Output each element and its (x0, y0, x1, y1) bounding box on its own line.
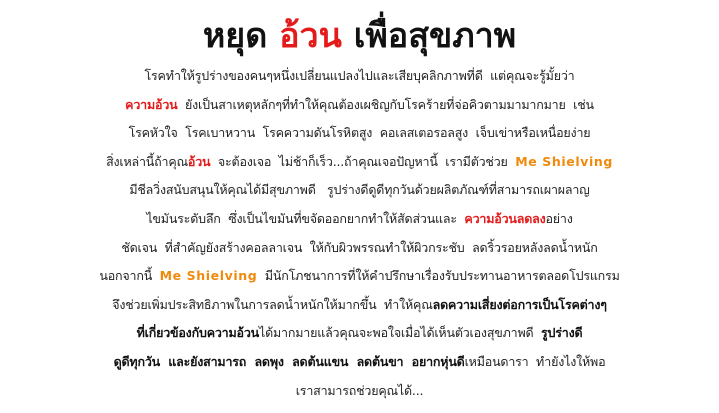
text-segment: มีนักโภชนาการที่ให้คำปรึกษาเรื่องรับประท… (257, 268, 619, 283)
text-line: ที่เกี่ยวข้องกับความอ้วนได้มากมายแล้วคุณ… (0, 319, 719, 348)
highlight-text: ดูดีทุกวัน และยังสามารถ ลดพุง ลดต้นแขน ล… (114, 354, 465, 369)
text-segment: มีชีลวิ่งสนับสนุนให้คุณได้มีสุขภาพดี รูป… (129, 182, 589, 197)
text-segment: เหมือนดารา ทำยังไงให้พอ (465, 354, 606, 369)
text-line: ไขมันระดับลึก ซึ่งเป็นไขมันที่ขจัดออกยาก… (0, 205, 719, 234)
highlight-text: ความอ้วนลดลง (464, 211, 545, 226)
text-segment: อย่าง (545, 211, 572, 226)
text-segment: เราสามารถช่วยคุณได้... (296, 383, 424, 398)
text-line: ชัดเจน ที่สำคัญยังสร้างคอลลาเจน ให้กับผิ… (0, 234, 719, 263)
highlight-text: อ้วน (188, 154, 210, 169)
body-text: โรคทำให้รูปร่างของคนๆหนึ่งเปลี่ยนแปลงไปแ… (0, 62, 719, 405)
article: หยุด อ้วน เพื่อสุขภาพ โรคทำให้รูปร่างของ… (0, 0, 719, 413)
title-part-health: เพื่อสุขภาพ (354, 16, 516, 56)
text-line: เราสามารถช่วยคุณได้... (0, 377, 719, 406)
text-line: สิ่งเหล่านี้ถ้าคุณอ้วน จะต้องเจอ ไม่ช้าก… (0, 148, 719, 177)
page-title: หยุด อ้วน เพื่อสุขภาพ (0, 14, 719, 58)
text-line: ดูดีทุกวัน และยังสามารถ ลดพุง ลดต้นแขน ล… (0, 348, 719, 377)
highlight-text: ที่เกี่ยวข้องกับความอ้วน (137, 325, 259, 340)
title-part-fat: อ้วน (279, 16, 342, 56)
brand-name: Me Shielving (160, 268, 258, 283)
title-part-stop: หยุด (203, 16, 267, 56)
text-line: ความอ้วน ยังเป็นสาเหตุหลักๆที่ทำให้คุณต้… (0, 91, 719, 120)
text-segment: โรคหัวใจ โรคเบาหวาน โรคความดันโรหิตสูง ค… (129, 125, 591, 140)
text-segment: ชัดเจน ที่สำคัญยังสร้างคอลลาเจน ให้กับผิ… (121, 240, 597, 255)
text-segment: จะต้องเจอ ไม่ช้าก็เร็ว...ถ้าคุณเจอปัญหาน… (210, 154, 515, 169)
text-segment: นอกจากนี้ (99, 268, 159, 283)
text-line: โรคหัวใจ โรคเบาหวาน โรคความดันโรหิตสูง ค… (0, 119, 719, 148)
brand-name: Me Shielving (515, 154, 613, 169)
highlight-text: ลดความเสี่ยงต่อการเป็นโรคต่างๆ (433, 297, 607, 312)
text-segment: สิ่งเหล่านี้ถ้าคุณ (106, 154, 188, 169)
text-segment: ยังเป็นสาเหตุหลักๆที่ทำให้คุณต้องเผชิญกั… (177, 97, 593, 112)
text-segment: จึงช่วยเพิ่มประสิทธิภาพในการลดน้ำหนักให้… (112, 297, 432, 312)
text-line: มีชีลวิ่งสนับสนุนให้คุณได้มีสุขภาพดี รูป… (0, 176, 719, 205)
highlight-text: รูปร่างดี (541, 325, 582, 340)
text-line: โรคทำให้รูปร่างของคนๆหนึ่งเปลี่ยนแปลงไปแ… (0, 62, 719, 91)
text-line: จึงช่วยเพิ่มประสิทธิภาพในการลดน้ำหนักให้… (0, 291, 719, 320)
highlight-text: ความอ้วน (125, 97, 177, 112)
text-line: นอกจากนี้ Me Shielving มีนักโภชนาการที่ใ… (0, 262, 719, 291)
text-segment: โรคทำให้รูปร่างของคนๆหนึ่งเปลี่ยนแปลงไปแ… (145, 68, 575, 83)
text-segment: ได้มากมายแล้วคุณจะพอใจเมื่อได้เห็นตัวเอง… (259, 325, 541, 340)
text-segment: ไขมันระดับลึก ซึ่งเป็นไขมันที่ขจัดออกยาก… (146, 211, 464, 226)
